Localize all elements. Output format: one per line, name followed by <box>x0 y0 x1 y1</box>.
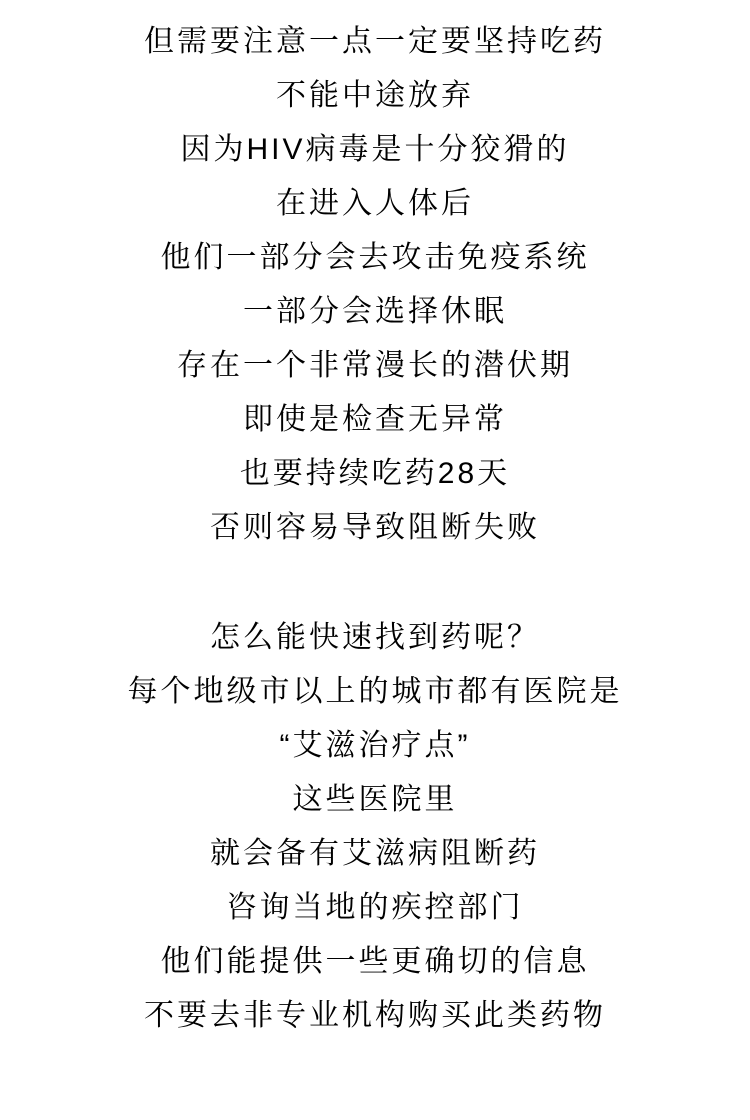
text-line: “艾滋治疗点” <box>0 719 750 773</box>
text-line: 也要持续吃药28天 <box>0 447 750 501</box>
paragraph-finding-medication: 怎么能快速找到药呢？每个地级市以上的城市都有医院是“艾滋治疗点”这些医院里就会备… <box>0 611 750 1043</box>
text-line: 在进入人体后 <box>0 177 750 231</box>
text-line: 他们能提供一些更确切的信息 <box>0 935 750 989</box>
text-line: 否则容易导致阻断失败 <box>0 501 750 555</box>
text-line: 就会备有艾滋病阻断药 <box>0 827 750 881</box>
paragraph-medication-adherence: 但需要注意一点一定要坚持吃药不能中途放弃因为HIV病毒是十分狡猾的在进入人体后他… <box>0 15 750 555</box>
text-line: 因为HIV病毒是十分狡猾的 <box>0 123 750 177</box>
document-page: 但需要注意一点一定要坚持吃药不能中途放弃因为HIV病毒是十分狡猾的在进入人体后他… <box>0 0 750 1120</box>
text-line: 不能中途放弃 <box>0 69 750 123</box>
text-line: 怎么能快速找到药呢？ <box>0 611 750 665</box>
text-line: 不要去非专业机构购买此类药物 <box>0 989 750 1043</box>
text-line: 他们一部分会去攻击免疫系统 <box>0 231 750 285</box>
text-line: 这些医院里 <box>0 773 750 827</box>
text-line: 存在一个非常漫长的潜伏期 <box>0 339 750 393</box>
text-line: 一部分会选择休眠 <box>0 285 750 339</box>
text-line: 即使是检查无异常 <box>0 393 750 447</box>
text-line: 咨询当地的疾控部门 <box>0 881 750 935</box>
text-line: 但需要注意一点一定要坚持吃药 <box>0 15 750 69</box>
text-line: 每个地级市以上的城市都有医院是 <box>0 665 750 719</box>
